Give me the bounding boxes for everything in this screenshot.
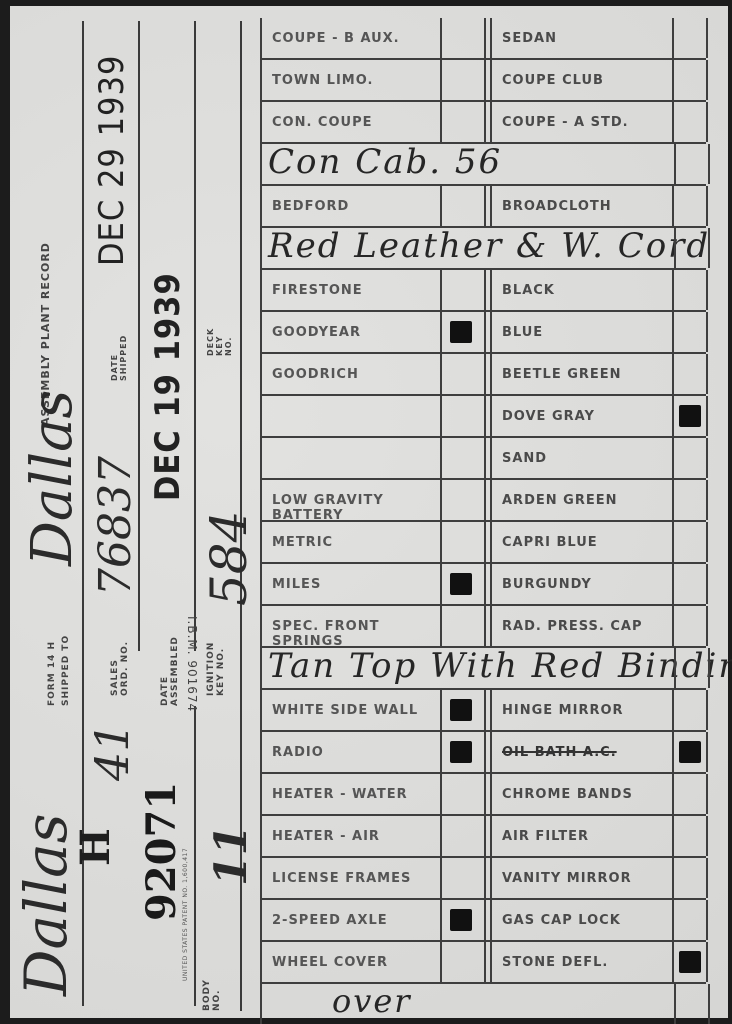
option-label-left: HEATER - AIR [272, 829, 380, 844]
option-label-cell-left: GOODRICH [260, 354, 440, 394]
check-mark-icon [450, 573, 472, 595]
option-label-cell-right: SAND [490, 438, 672, 478]
form-number: FORM 14 H [46, 641, 58, 706]
option-label-cell-left: 2-SPEED AXLE [260, 900, 440, 940]
option-row: HEATER - AIRAIR FILTER [260, 816, 706, 858]
checkbox-right[interactable] [672, 480, 708, 520]
handwritten-note-row: Tan Top With Red Binding [260, 648, 706, 690]
checkbox-cell-right [674, 984, 710, 1024]
print-code: I.B.M. 901674 [186, 616, 198, 712]
option-label-cell-right: AIR FILTER [490, 816, 672, 856]
handwritten-number: 41 [85, 722, 139, 781]
checkbox-right[interactable] [672, 606, 708, 646]
checkbox-right[interactable] [672, 732, 708, 772]
check-mark-icon [450, 909, 472, 931]
option-label-cell-right: DOVE GRAY [490, 396, 672, 436]
option-label-left: SPEC. FRONT SPRINGS [272, 619, 440, 649]
option-label-cell-left: WHITE SIDE WALL [260, 690, 440, 730]
sales-ord-no-label: SALES ORD. NO. [110, 636, 130, 696]
checkbox-left[interactable] [440, 60, 486, 100]
option-row: SPEC. FRONT SPRINGSRAD. PRESS. CAP [260, 606, 706, 648]
option-label-cell-right: CHROME BANDS [490, 774, 672, 814]
option-label-left: TOWN LIMO. [272, 73, 373, 88]
option-row: GOODRICHBEETLE GREEN [260, 354, 706, 396]
option-label-cell-right: CAPRI BLUE [490, 522, 672, 562]
option-label-cell-right: COUPE - A STD. [490, 102, 672, 142]
checkbox-left[interactable] [440, 690, 486, 730]
date-assembled-value: DEC 19 1939 [148, 272, 188, 501]
option-label-left: COUPE - B AUX. [272, 31, 400, 46]
checkbox-left[interactable] [440, 606, 486, 646]
checkbox-cell-right [674, 228, 710, 268]
checkbox-right[interactable] [672, 270, 708, 310]
checkbox-right[interactable] [672, 774, 708, 814]
option-label-left: WHITE SIDE WALL [272, 703, 418, 718]
handwritten-note: Red Leather & W. Cord [268, 226, 710, 266]
option-label-left: FIRESTONE [272, 283, 363, 298]
option-label-cell-right: BLACK [490, 270, 672, 310]
options-grid: COUPE - B AUX.SEDANTOWN LIMO.COUPE CLUBC… [260, 18, 706, 1024]
checkbox-right[interactable] [672, 942, 708, 982]
option-label-cell-right: COUPE CLUB [490, 60, 672, 100]
checkbox-right[interactable] [672, 900, 708, 940]
checkbox-right[interactable] [672, 438, 708, 478]
checkbox-left[interactable] [440, 354, 486, 394]
handwritten-mark: 11 [206, 825, 257, 886]
checkbox-left[interactable] [440, 564, 486, 604]
option-row: LOW GRAVITY BATTERYARDEN GREEN [260, 480, 706, 522]
option-label-cell-right: GAS CAP LOCK [490, 900, 672, 940]
option-row: BEDFORDBROADCLOTH [260, 186, 706, 228]
checkbox-right[interactable] [672, 816, 708, 856]
option-label-cell-left: MILES [260, 564, 440, 604]
checkbox-left[interactable] [440, 732, 486, 772]
option-label-right: BEETLE GREEN [502, 367, 622, 382]
handwritten-note: Tan Top With Red Binding [268, 646, 732, 686]
option-label-cell-left: RADIO [260, 732, 440, 772]
checkbox-left[interactable] [440, 438, 486, 478]
option-label-left: METRIC [272, 535, 333, 550]
shipped-to-label: SHIPPED TO [60, 635, 72, 706]
checkbox-left[interactable] [440, 774, 486, 814]
option-label-cell-left: WHEEL COVER [260, 942, 440, 982]
check-mark-icon [450, 699, 472, 721]
date-assembled-label: DATE ASSEMBLED [160, 636, 180, 706]
checkbox-left[interactable] [440, 18, 486, 58]
ignition-key-label: IGNITION KEY NO. [206, 636, 226, 696]
checkbox-left[interactable] [440, 900, 486, 940]
checkbox-left[interactable] [440, 942, 486, 982]
option-label-cell-left [260, 396, 440, 436]
option-label-right: GAS CAP LOCK [502, 913, 621, 928]
option-label-left: BEDFORD [272, 199, 349, 214]
handwritten-note: over [332, 982, 412, 1020]
option-label-cell-left: HEATER - AIR [260, 816, 440, 856]
checkbox-left[interactable] [440, 102, 486, 142]
check-mark-icon [679, 951, 701, 973]
option-label-right: COUPE - A STD. [502, 115, 629, 130]
option-label-left: GOODYEAR [272, 325, 361, 340]
checkbox-left[interactable] [440, 858, 486, 898]
option-label-cell-right: RAD. PRESS. CAP [490, 606, 672, 646]
option-label-left: CON. COUPE [272, 115, 373, 130]
option-row: MILESBURGUNDY [260, 564, 706, 606]
option-label-cell-left: TOWN LIMO. [260, 60, 440, 100]
option-label-cell-left: COUPE - B AUX. [260, 18, 440, 58]
check-mark-icon [679, 741, 701, 763]
option-label-cell-left: LOW GRAVITY BATTERY [260, 480, 440, 520]
handwritten-note: Con Cab. 56 [268, 142, 502, 182]
header-divider-4 [194, 706, 196, 1006]
option-label-right: SEDAN [502, 31, 557, 46]
option-row: RADIOOIL BATH A.C. [260, 732, 706, 774]
option-label-right: BLUE [502, 325, 543, 340]
patent-text: UNITED STATES PATENT NO. 1,600,417 [182, 848, 189, 981]
option-label-left: WHEEL COVER [272, 955, 388, 970]
shipped-to-value: Dallas [20, 390, 85, 566]
option-label-right: OIL BATH A.C. [502, 745, 617, 760]
checkbox-right[interactable] [672, 564, 708, 604]
checkbox-cell-right [674, 648, 710, 688]
option-row: WHEEL COVERSTONE DEFL. [260, 942, 706, 984]
option-label-right: BURGUNDY [502, 577, 592, 592]
option-row: HEATER - WATERCHROME BANDS [260, 774, 706, 816]
checkbox-right[interactable] [672, 396, 708, 436]
option-label-left: GOODRICH [272, 367, 359, 382]
option-label-cell-left [260, 438, 440, 478]
option-label-cell-left: GOODYEAR [260, 312, 440, 352]
date-shipped-value: DEC 29 1939 [92, 55, 132, 266]
option-row: GOODYEARBLUE [260, 312, 706, 354]
checkbox-left[interactable] [440, 816, 486, 856]
option-label-cell-left: BEDFORD [260, 186, 440, 226]
option-label-right: BLACK [502, 283, 555, 298]
checkbox-right[interactable] [672, 858, 708, 898]
checkbox-left[interactable] [440, 522, 486, 562]
option-row: FIRESTONEBLACK [260, 270, 706, 312]
checkbox-left[interactable] [440, 396, 486, 436]
checkbox-right[interactable] [672, 186, 708, 226]
option-label-cell-right: OIL BATH A.C. [490, 732, 672, 772]
option-label-left: RADIO [272, 745, 324, 760]
checkbox-right[interactable] [672, 18, 708, 58]
option-row: DOVE GRAY [260, 396, 706, 438]
option-row: 2-SPEED AXLEGAS CAP LOCK [260, 900, 706, 942]
option-row: COUPE - B AUX.SEDAN [260, 18, 706, 60]
checkbox-left[interactable] [440, 186, 486, 226]
option-row: TOWN LIMO.COUPE CLUB [260, 60, 706, 102]
deck-key-label: DECK KEY NO. [206, 316, 233, 356]
option-label-left: 2-SPEED AXLE [272, 913, 388, 928]
option-label-right: CAPRI BLUE [502, 535, 598, 550]
checkbox-cell-right [674, 144, 710, 184]
option-label-right: RAD. PRESS. CAP [502, 619, 642, 634]
option-label-left: HEATER - WATER [272, 787, 408, 802]
option-label-right: ARDEN GREEN [502, 493, 617, 508]
option-row: METRICCAPRI BLUE [260, 522, 706, 564]
checkbox-right[interactable] [672, 354, 708, 394]
option-label-right: AIR FILTER [502, 829, 589, 844]
header-divider-3 [194, 21, 196, 651]
sales-ord-no-value: 76837 [90, 456, 141, 596]
checkbox-right[interactable] [672, 60, 708, 100]
checkbox-right[interactable] [672, 690, 708, 730]
option-label-cell-right: STONE DEFL. [490, 942, 672, 982]
option-row: WHITE SIDE WALLHINGE MIRROR [260, 690, 706, 732]
option-row: SAND [260, 438, 706, 480]
checkbox-left[interactable] [440, 480, 486, 520]
option-label-right: VANITY MIRROR [502, 871, 632, 886]
date-shipped-label: DATE SHIPPED [110, 321, 128, 381]
check-mark-icon [450, 321, 472, 343]
check-mark-icon [679, 405, 701, 427]
option-label-right: DOVE GRAY [502, 409, 595, 424]
checkbox-right[interactable] [672, 102, 708, 142]
option-label-cell-left: LICENSE FRAMES [260, 858, 440, 898]
body-number-stamp: 92071 [138, 782, 185, 921]
checkbox-right[interactable] [672, 312, 708, 352]
option-label-cell-right: VANITY MIRROR [490, 858, 672, 898]
handwritten-note-row: Con Cab. 56 [260, 144, 706, 186]
handwritten-note-row: over [260, 984, 706, 1024]
option-label-cell-right: ARDEN GREEN [490, 480, 672, 520]
option-label-cell-right: BLUE [490, 312, 672, 352]
option-label-right: HINGE MIRROR [502, 703, 624, 718]
ignition-key-value: 584 [200, 511, 258, 606]
checkbox-left[interactable] [440, 312, 486, 352]
option-label-cell-right: SEDAN [490, 18, 672, 58]
option-label-right: COUPE CLUB [502, 73, 604, 88]
body-no-label: BODY NO. [202, 971, 222, 1011]
check-mark-icon [450, 741, 472, 763]
checkbox-left[interactable] [440, 270, 486, 310]
option-label-right: CHROME BANDS [502, 787, 633, 802]
option-label-cell-left: FIRESTONE [260, 270, 440, 310]
option-label-cell-right: BROADCLOTH [490, 186, 672, 226]
option-label-cell-left: METRIC [260, 522, 440, 562]
handwritten-city: Dallas [12, 813, 80, 996]
option-label-left: LOW GRAVITY BATTERY [272, 493, 440, 523]
option-label-left: LICENSE FRAMES [272, 871, 411, 886]
option-label-right: SAND [502, 451, 547, 466]
option-label-cell-left: CON. COUPE [260, 102, 440, 142]
option-label-cell-left: HEATER - WATER [260, 774, 440, 814]
option-label-cell-right: BURGUNDY [490, 564, 672, 604]
option-label-cell-right: HINGE MIRROR [490, 690, 672, 730]
option-label-right: STONE DEFL. [502, 955, 608, 970]
checkbox-right[interactable] [672, 522, 708, 562]
assembly-plant-record-card: ASSEMBLY PLANT RECORD Dallas FORM 14 H S… [10, 6, 728, 1018]
option-label-cell-right: BEETLE GREEN [490, 354, 672, 394]
option-row: CON. COUPECOUPE - A STD. [260, 102, 706, 144]
option-label-cell-left: SPEC. FRONT SPRINGS [260, 606, 440, 646]
handwritten-note-row: Red Leather & W. Cord [260, 228, 706, 270]
option-label-left: MILES [272, 577, 321, 592]
option-row: LICENSE FRAMESVANITY MIRROR [260, 858, 706, 900]
option-label-right: BROADCLOTH [502, 199, 612, 214]
plant-letter: H [72, 828, 119, 866]
